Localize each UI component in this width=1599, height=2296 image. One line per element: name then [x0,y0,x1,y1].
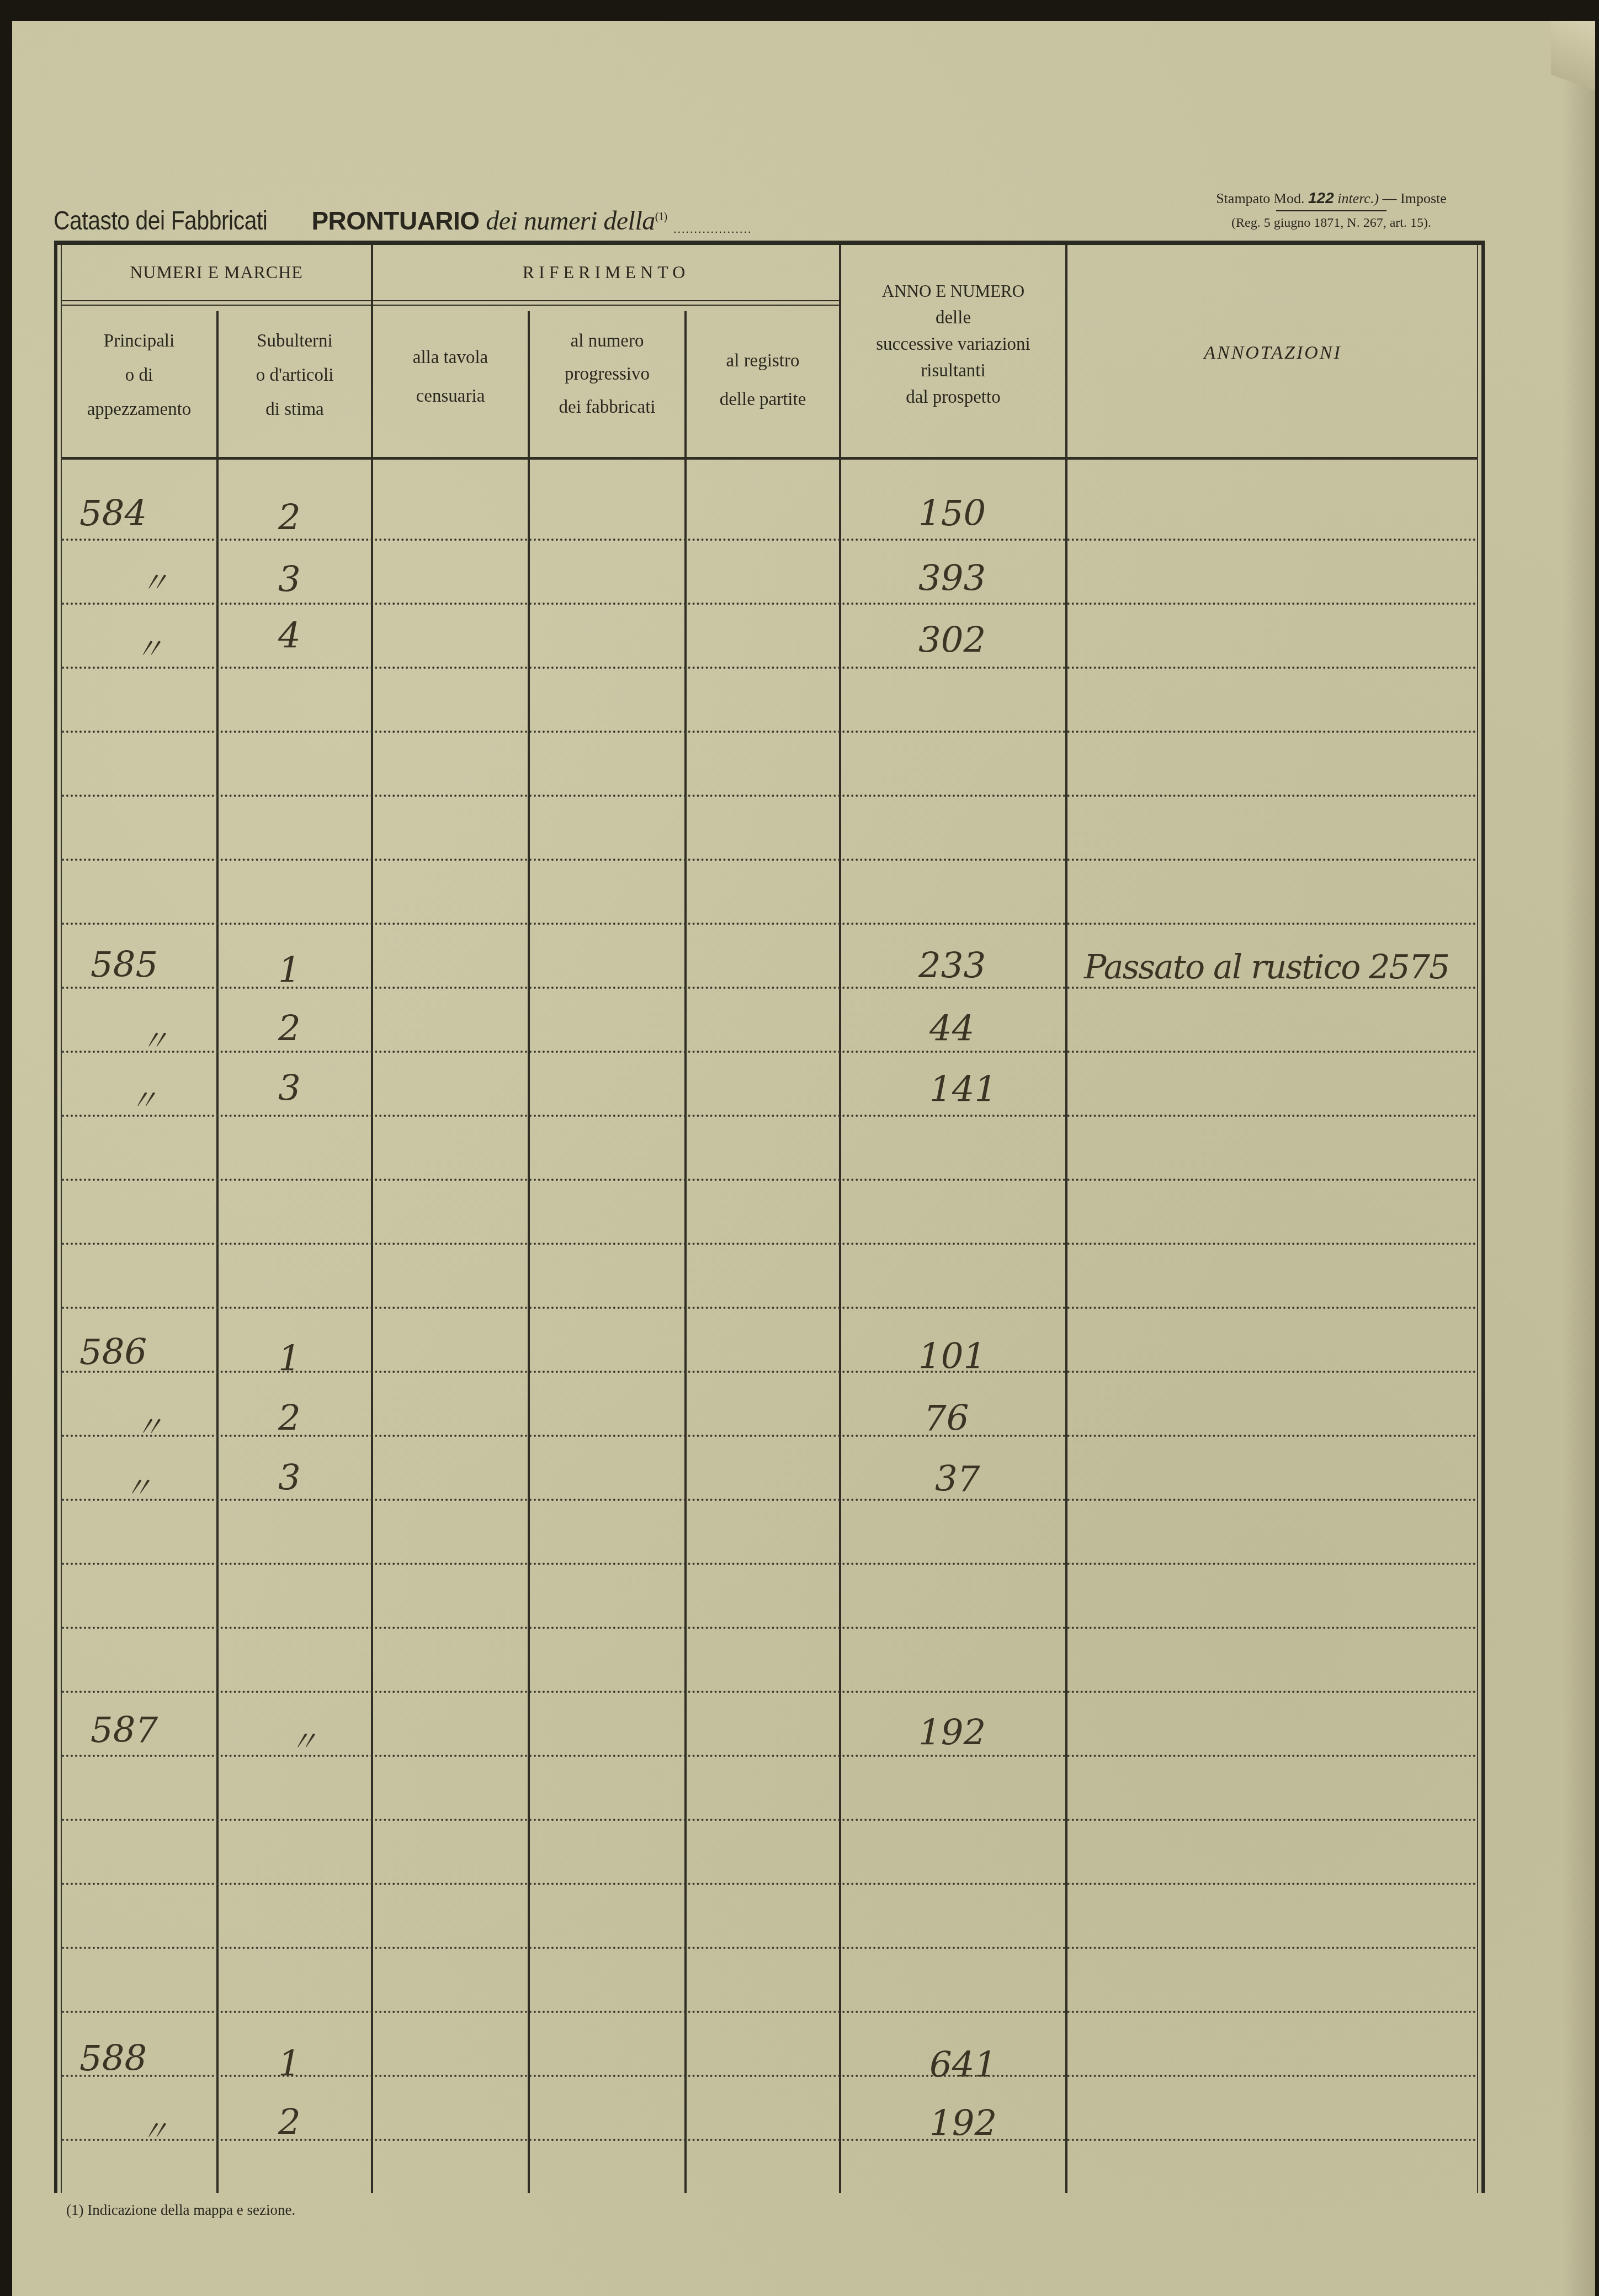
row-line [62,1435,1477,1437]
column-header-tavola-censuaria: alla tavola censuaria [373,344,528,409]
anno-header-line-1: ANNO E NUMERO [841,278,1065,305]
entry-variazione: 233 [918,946,986,987]
entry-variazione: 393 [918,558,986,599]
row-line [62,795,1477,797]
entry-principale: 587 [91,1710,158,1751]
column-header-anno-e-numero: ANNO E NUMERO delle successive variazion… [841,278,1065,411]
row-line [62,1883,1477,1885]
row-line [62,1947,1477,1949]
row-line [62,2075,1477,2077]
col-divider-1 [216,311,219,2193]
title-footnote-ref: (1) [655,211,667,223]
row-line [62,1243,1477,1245]
entry-principale-ditto: 〃 [140,1018,169,1059]
title-prefix: Catasto dei Fabbricati [54,206,268,236]
entry-subalterno: 3 [278,1458,301,1499]
row-line [62,859,1477,861]
row-line [62,603,1477,605]
page-edge-shadow [1562,21,1595,2296]
row-line [62,923,1477,925]
subalterni-line-2: o d'articoli [219,362,371,388]
entry-variazione: 641 [929,2045,997,2086]
row-line [62,1563,1477,1565]
col-divider-2 [371,245,373,2193]
row-line [62,1371,1477,1373]
entry-subalterno-ditto: 〃 [289,1718,318,1760]
entry-principale-ditto: 〃 [129,1077,158,1118]
anno-header-line-4: risultanti [841,358,1065,384]
anno-header-line-3: successive variazioni [841,331,1065,358]
row-line [62,1179,1477,1181]
registro-line-2: delle partite [687,386,839,413]
inner-border-right [1477,245,1478,2193]
entry-variazione: 192 [918,1713,986,1754]
entry-subalterno: 2 [278,1398,301,1439]
anno-header-line-5: dal prospetto [841,384,1065,411]
entry-principale: 584 [79,493,147,534]
row-line [62,1691,1477,1693]
column-header-annotazioni: ANNOTAZIONI [1067,340,1478,366]
title-blank-field: ................... [673,222,752,236]
entry-variazione: 101 [918,1336,986,1377]
stamp-interc: interc.) [1337,190,1379,206]
register-table: NUMERI E MARCHE RIFERIMENTO ANNO E NUMER… [54,241,1485,2193]
form-title: Catasto dei Fabbricati PRONTUARIO dei nu… [54,206,752,236]
stamp-regulation: (Reg. 5 giugno 1871, N. 267, art. 15). [1166,216,1497,231]
row-line [62,731,1477,733]
entry-subalterno: 4 [278,616,301,657]
entry-principale-ditto: 〃 [140,2108,169,2149]
entry-variazione: 141 [929,1069,997,1110]
row-line [62,1051,1477,1053]
numero-line-3: dei fabbricati [530,394,684,420]
entry-subalterno: 1 [278,1339,301,1379]
header-group-rule-b [62,305,839,306]
entry-subalterno: 2 [278,1009,301,1050]
group-header-riferimento: RIFERIMENTO [373,259,839,285]
entry-variazione: 302 [918,620,986,661]
numero-line-2: progressivo [530,361,684,387]
row-line [62,2139,1477,2141]
title-bold: PRONTUARIO [311,206,479,235]
stamp-model-number: 122 [1308,189,1334,206]
principali-line-3: appezzamento [62,396,216,423]
stamp-rule [1276,210,1386,211]
inner-border-left [61,245,62,2193]
entry-subalterno: 3 [278,1068,301,1109]
col-divider-6 [1065,245,1067,2193]
principali-line-2: o di [62,362,216,388]
row-line [62,1499,1477,1501]
entry-subalterno: 2 [278,2102,301,2143]
entry-variazione: 76 [924,1398,969,1439]
registro-line-1: al registro [687,348,839,374]
col-divider-4 [684,311,687,2193]
numero-line-1: al numero [530,328,684,354]
entry-principale-ditto: 〃 [140,560,169,601]
header-group-rule-a [62,300,839,301]
row-line [62,667,1477,669]
row-line [62,2011,1477,2013]
tavola-line-2: censuaria [373,383,528,409]
entry-subalterno: 1 [278,950,301,991]
stamp-line-1: Stampato Mod. 122 interc.) — Imposte [1166,189,1497,207]
entry-principale-ditto: 〃 [135,626,163,667]
row-line [62,1819,1477,1821]
entry-variazione: 37 [935,1459,980,1500]
column-header-principali: Principali o di appezzamento [62,328,216,423]
row-line [62,539,1477,541]
subalterni-line-3: di stima [219,396,371,423]
group-header-numeri-e-marche: NUMERI E MARCHE [62,259,371,285]
entry-principale: 586 [79,1332,147,1373]
anno-header-line-2: delle [841,305,1065,331]
entry-principale-ditto: 〃 [124,1464,152,1506]
corner-fold [1551,21,1595,104]
stamp-prefix: Stampato Mod. [1216,190,1304,206]
entry-variazione: 192 [929,2103,997,2144]
subalterni-line-1: Subulterni [219,328,371,354]
entry-subalterno: 1 [278,2044,301,2085]
footnote: (1) Indicazione della mappa e sezione. [66,2202,295,2219]
document-page: Catasto dei Fabbricati PRONTUARIO dei nu… [12,21,1595,2296]
col-divider-3 [528,311,530,2193]
stamp-suffix: — Imposte [1383,190,1447,206]
entry-principale: 588 [79,2038,147,2079]
entry-subalterno: 3 [278,560,301,600]
header-bottom-rule [62,457,1477,460]
entry-principale: 585 [91,945,158,985]
row-line [62,1627,1477,1629]
entry-variazione: 44 [929,1009,974,1050]
row-line [62,1307,1477,1309]
principali-line-1: Principali [62,328,216,354]
title-italic: dei numeri della [486,206,655,236]
form-stamp: Stampato Mod. 122 interc.) — Imposte (Re… [1166,189,1497,231]
col-divider-5 [839,245,841,2193]
entry-principale-ditto: 〃 [135,1404,163,1445]
row-line [62,987,1477,989]
entry-annotazione: Passato al rustico 2575 [1084,948,1449,987]
tavola-line-1: alla tavola [373,344,528,371]
entry-variazione: 150 [918,493,986,534]
column-header-registro-partite: al registro delle partite [687,348,839,413]
row-line [62,1115,1477,1117]
entry-subalterno: 2 [278,498,301,539]
column-header-subalterni: Subulterni o d'articoli di stima [219,328,371,423]
row-line [62,1755,1477,1757]
column-header-numero-progressivo: al numero progressivo dei fabbricati [530,328,684,420]
